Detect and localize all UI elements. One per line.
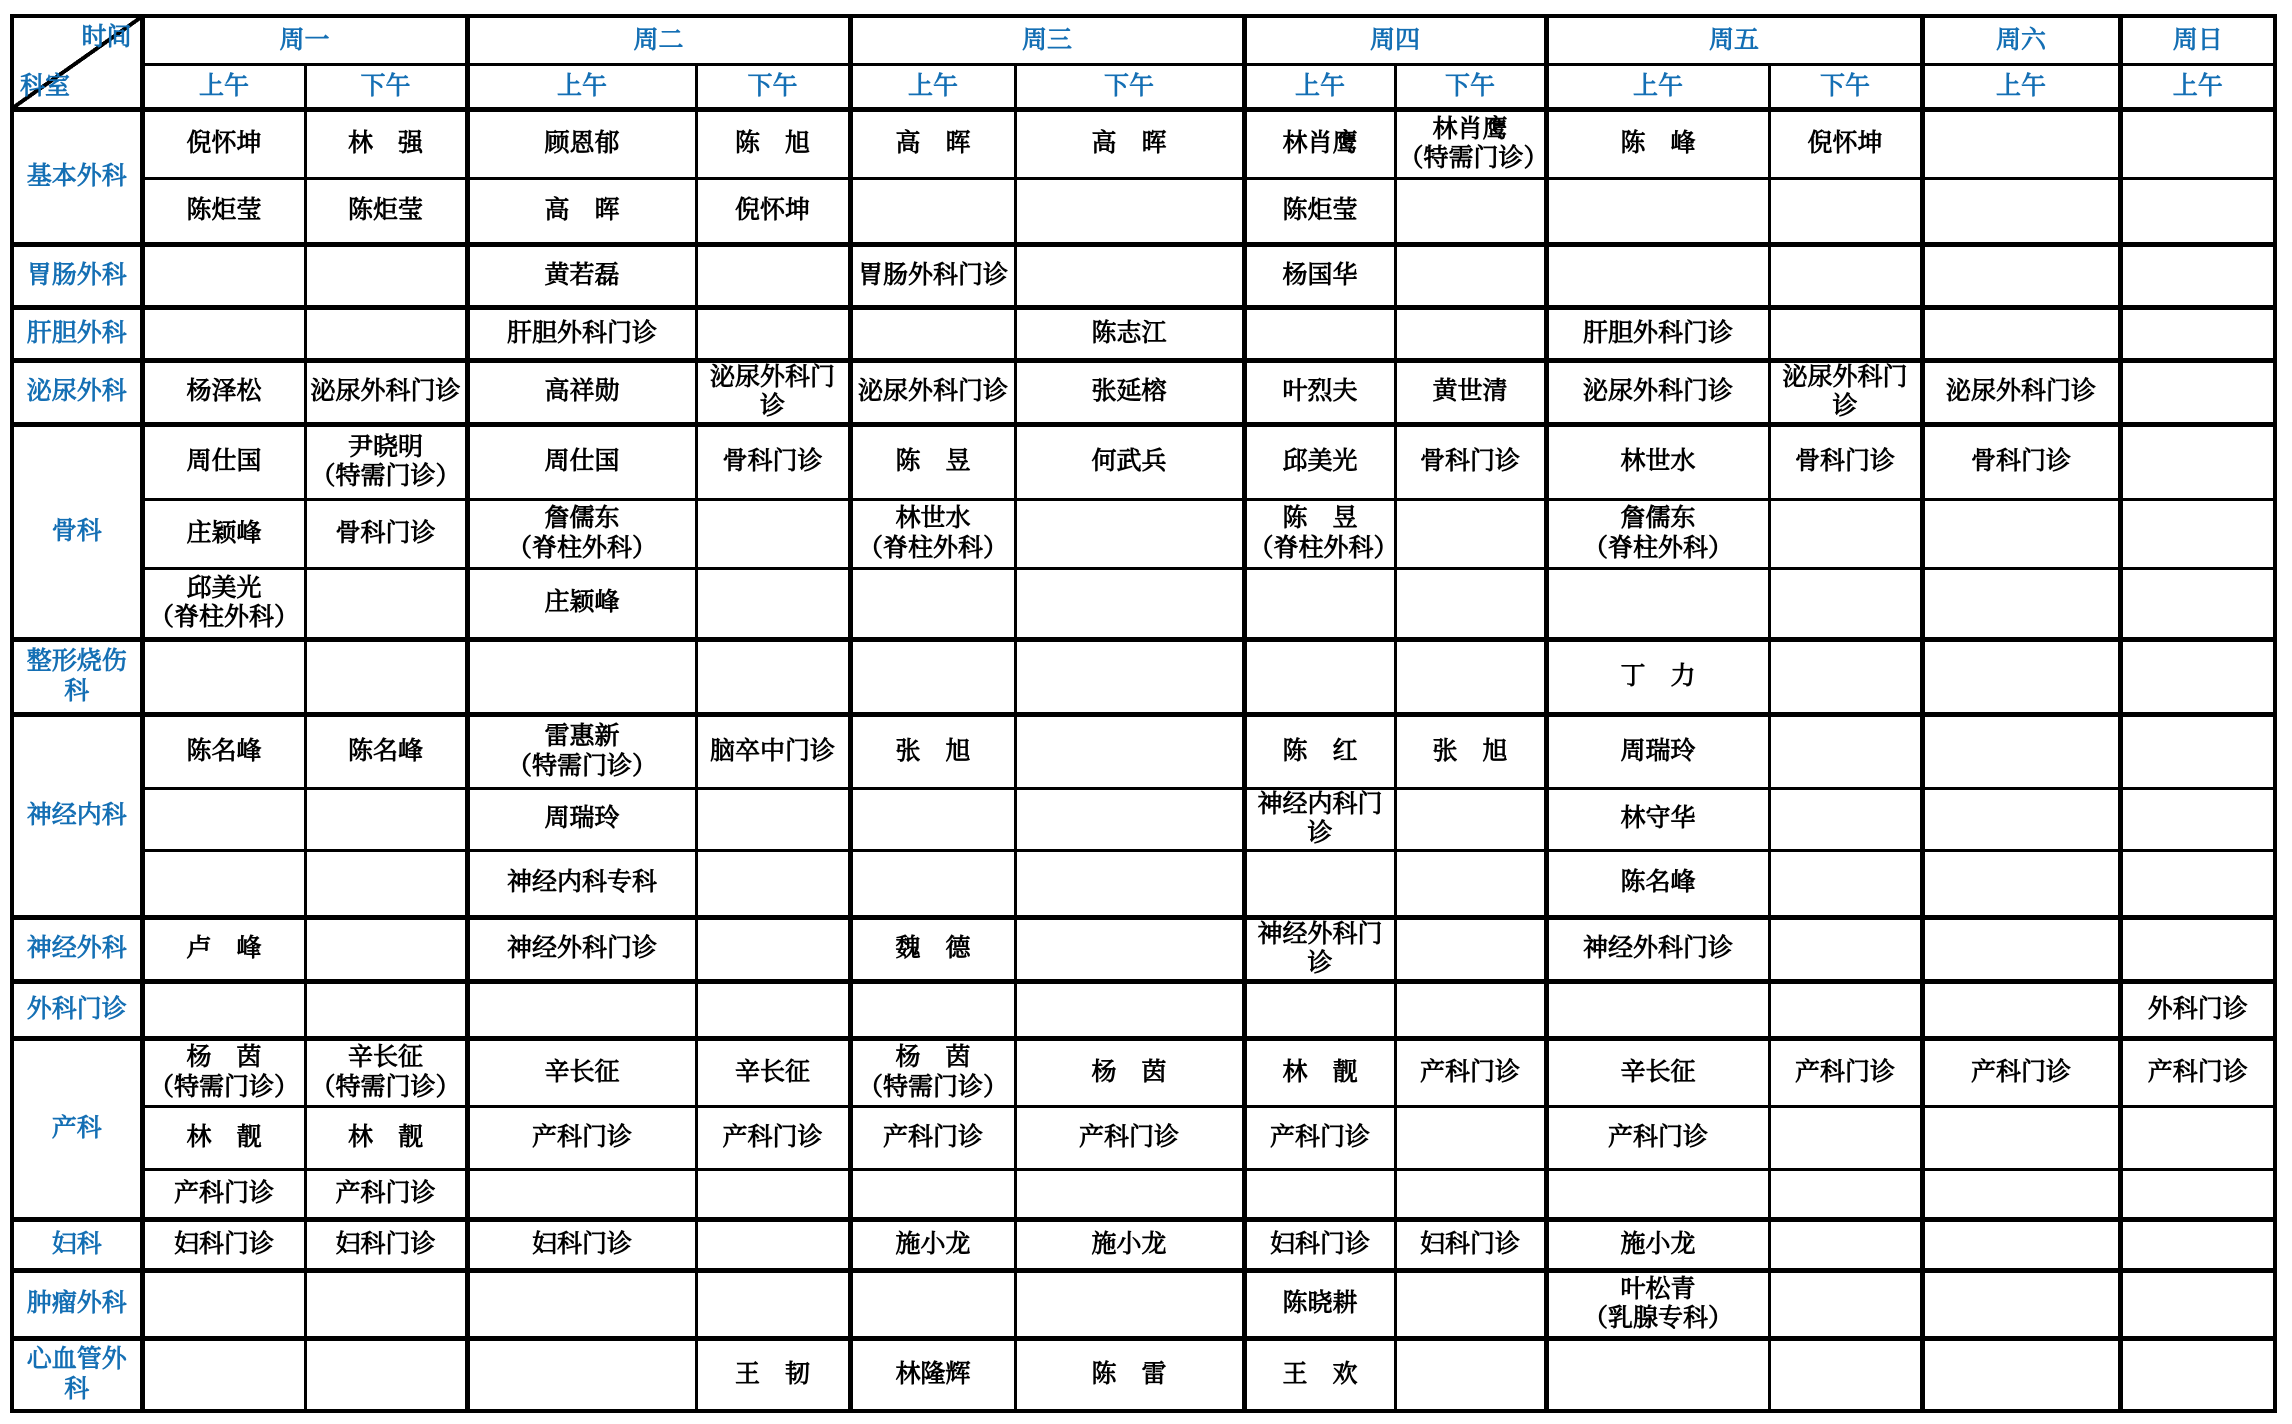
schedule-cell: 周仕国 (467, 424, 696, 499)
session-header: 下午 (1015, 65, 1244, 109)
table-header: 时间 科室 周一周二周三周四周五周六周日 上午下午上午下午上午下午上午下午上午下… (12, 16, 2275, 109)
schedule-cell: 周仕国 (142, 424, 305, 499)
schedule-cell (1922, 1169, 2120, 1219)
schedule-cell: 邱美光 (1244, 424, 1395, 499)
schedule-cell: 妇科门诊 (305, 1219, 467, 1270)
schedule-cell: 雷惠新 （特需门诊） (467, 714, 696, 788)
schedule-cell (305, 639, 467, 714)
schedule-cell: 骨科门诊 (1395, 424, 1546, 499)
schedule-cell (1769, 568, 1922, 639)
schedule-cell (2120, 1219, 2275, 1270)
session-header-row: 上午下午上午下午上午下午上午下午上午下午上午上午 (12, 65, 2275, 109)
schedule-cell: 高祥勋 (467, 360, 696, 424)
department-name: 产科 (12, 1038, 142, 1219)
schedule-cell: 陈名峰 (1546, 850, 1769, 917)
schedule-cell (1244, 850, 1395, 917)
dept-label: 科室 (20, 72, 70, 102)
schedule-cell (1922, 1338, 2120, 1411)
schedule-cell (1395, 1270, 1546, 1338)
schedule-cell: 张延榕 (1015, 360, 1244, 424)
schedule-cell: 林世水 (1546, 424, 1769, 499)
schedule-cell (1546, 1338, 1769, 1411)
schedule-cell: 产科门诊 (1922, 1038, 2120, 1106)
schedule-cell: 胃肠外科门诊 (850, 244, 1015, 307)
schedule-cell (850, 850, 1015, 917)
schedule-cell: 神经外科门诊 (1546, 917, 1769, 981)
schedule-cell (1015, 981, 1244, 1038)
schedule-cell: 泌尿外科门诊 (1546, 360, 1769, 424)
schedule-cell: 陈 昱 (850, 424, 1015, 499)
schedule-cell (467, 1169, 696, 1219)
schedule-cell: 骨科门诊 (696, 424, 850, 499)
schedule-cell (1244, 1169, 1395, 1219)
schedule-cell (1769, 1169, 1922, 1219)
schedule-cell (1395, 178, 1546, 244)
schedule-cell (1244, 981, 1395, 1038)
schedule-cell: 神经内科门诊 (1244, 788, 1395, 850)
schedule-cell: 辛长征 (1546, 1038, 1769, 1106)
schedule-cell: 陈 红 (1244, 714, 1395, 788)
schedule-cell (696, 307, 850, 360)
schedule-cell (696, 981, 850, 1038)
schedule-cell (1015, 1270, 1244, 1338)
schedule-cell (305, 788, 467, 850)
schedule-cell (1015, 788, 1244, 850)
schedule-cell (1922, 244, 2120, 307)
schedule-cell: 产科门诊 (850, 1106, 1015, 1169)
schedule-cell (1922, 568, 2120, 639)
schedule-cell: 泌尿外科门诊 (696, 360, 850, 424)
schedule-cell (1015, 639, 1244, 714)
schedule-cell (850, 178, 1015, 244)
schedule-cell: 产科门诊 (1244, 1106, 1395, 1169)
session-header: 上午 (1546, 65, 1769, 109)
schedule-cell (1395, 568, 1546, 639)
schedule-cell (850, 639, 1015, 714)
schedule-cell (1546, 244, 1769, 307)
schedule-cell (2120, 109, 2275, 178)
schedule-cell (467, 639, 696, 714)
schedule-cell (467, 981, 696, 1038)
schedule-cell: 林守华 (1546, 788, 1769, 850)
schedule-cell (1922, 307, 2120, 360)
department-name: 骨科 (12, 424, 142, 639)
schedule-cell: 詹儒东 （脊柱外科） (467, 499, 696, 568)
schedule-cell (1769, 788, 1922, 850)
schedule-cell (2120, 788, 2275, 850)
session-header: 下午 (696, 65, 850, 109)
department-name: 外科门诊 (12, 981, 142, 1038)
schedule-cell (1922, 499, 2120, 568)
schedule-cell: 周瑞玲 (1546, 714, 1769, 788)
schedule-cell: 庄颖峰 (142, 499, 305, 568)
schedule-cell: 倪怀坤 (142, 109, 305, 178)
schedule-cell: 泌尿外科门诊 (1769, 360, 1922, 424)
schedule-cell (1015, 1169, 1244, 1219)
schedule-cell: 倪怀坤 (696, 178, 850, 244)
schedule-cell (1015, 714, 1244, 788)
department-name: 胃肠外科 (12, 244, 142, 307)
schedule-cell: 神经内科专科 (467, 850, 696, 917)
schedule-cell: 陈晓耕 (1244, 1270, 1395, 1338)
schedule-cell (1546, 981, 1769, 1038)
schedule-cell: 陈名峰 (142, 714, 305, 788)
schedule-cell (142, 1338, 305, 1411)
schedule-cell: 陈 峰 (1546, 109, 1769, 178)
schedule-cell (1769, 499, 1922, 568)
schedule-cell: 神经外科门诊 (1244, 917, 1395, 981)
schedule-cell (1922, 178, 2120, 244)
schedule-cell: 叶烈夫 (1244, 360, 1395, 424)
schedule-cell: 林 靓 (305, 1106, 467, 1169)
schedule-cell: 魏 德 (850, 917, 1015, 981)
schedule-cell: 骨科门诊 (1769, 424, 1922, 499)
session-header: 上午 (1244, 65, 1395, 109)
schedule-cell (1546, 568, 1769, 639)
schedule-cell (2120, 1270, 2275, 1338)
schedule-cell (1395, 639, 1546, 714)
schedule-cell: 陈炬莹 (142, 178, 305, 244)
session-header: 上午 (142, 65, 305, 109)
session-header: 上午 (850, 65, 1015, 109)
schedule-cell: 高 晖 (467, 178, 696, 244)
schedule-cell (1769, 1338, 1922, 1411)
schedule-cell: 黄世清 (1395, 360, 1546, 424)
schedule-cell (1922, 981, 2120, 1038)
schedule-cell (2120, 639, 2275, 714)
schedule-cell (696, 788, 850, 850)
schedule-cell (1769, 850, 1922, 917)
schedule-cell (2120, 178, 2275, 244)
schedule-cell: 施小龙 (1546, 1219, 1769, 1270)
department-name: 整形烧伤 科 (12, 639, 142, 714)
schedule-cell: 辛长征 (696, 1038, 850, 1106)
schedule-cell (696, 639, 850, 714)
schedule-cell (142, 307, 305, 360)
schedule-cell (850, 1169, 1015, 1219)
schedule-cell (1244, 568, 1395, 639)
schedule-cell: 倪怀坤 (1769, 109, 1922, 178)
schedule-cell (1244, 639, 1395, 714)
schedule-cell: 产科门诊 (467, 1106, 696, 1169)
schedule-cell (1015, 178, 1244, 244)
schedule-cell (467, 1338, 696, 1411)
schedule-cell (1395, 1106, 1546, 1169)
schedule-page: 时间 科室 周一周二周三周四周五周六周日 上午下午上午下午上午下午上午下午上午下… (0, 14, 2292, 1424)
schedule-cell: 林世水 （脊柱外科） (850, 499, 1015, 568)
schedule-cell (696, 244, 850, 307)
schedule-cell (1546, 178, 1769, 244)
schedule-cell: 产科门诊 (305, 1169, 467, 1219)
schedule-cell (305, 244, 467, 307)
schedule-cell: 杨 茵 (1015, 1038, 1244, 1106)
schedule-cell: 何武兵 (1015, 424, 1244, 499)
schedule-cell (1769, 639, 1922, 714)
schedule-cell: 产科门诊 (142, 1169, 305, 1219)
schedule-cell: 杨 茵 （特需门诊） (142, 1038, 305, 1106)
schedule-cell (1395, 917, 1546, 981)
schedule-cell (1546, 1169, 1769, 1219)
day-header: 周日 (2120, 16, 2275, 65)
schedule-cell (696, 850, 850, 917)
schedule-cell (850, 568, 1015, 639)
schedule-cell: 辛长征 (467, 1038, 696, 1106)
schedule-cell (1922, 1106, 2120, 1169)
session-header: 下午 (1395, 65, 1546, 109)
schedule-cell (2120, 850, 2275, 917)
schedule-cell (305, 307, 467, 360)
schedule-cell (2120, 714, 2275, 788)
schedule-cell: 林肖鹰 (1244, 109, 1395, 178)
schedule-cell (1395, 788, 1546, 850)
schedule-cell (696, 499, 850, 568)
table-body: 基本外科倪怀坤林 强顾恩郁陈 旭高 晖高 晖林肖鹰林肖鹰 （特需门诊）陈 峰倪怀… (12, 109, 2275, 1411)
schedule-cell: 卢 峰 (142, 917, 305, 981)
schedule-cell: 尹晓明 （特需门诊） (305, 424, 467, 499)
schedule-cell: 施小龙 (1015, 1219, 1244, 1270)
schedule-cell: 林 强 (305, 109, 467, 178)
schedule-cell (1015, 568, 1244, 639)
schedule-cell (305, 1338, 467, 1411)
schedule-cell: 陈名峰 (305, 714, 467, 788)
schedule-cell (142, 639, 305, 714)
schedule-cell (1395, 307, 1546, 360)
day-header: 周四 (1244, 16, 1546, 65)
department-name: 神经外科 (12, 917, 142, 981)
schedule-cell (850, 981, 1015, 1038)
schedule-cell (1922, 1270, 2120, 1338)
corner-header: 时间 科室 (12, 16, 142, 109)
schedule-cell (1015, 850, 1244, 917)
schedule-cell: 詹儒东 （脊柱外科） (1546, 499, 1769, 568)
schedule-cell (1922, 788, 2120, 850)
schedule-cell: 妇科门诊 (142, 1219, 305, 1270)
schedule-cell: 王 欢 (1244, 1338, 1395, 1411)
schedule-cell (1395, 981, 1546, 1038)
day-header: 周五 (1546, 16, 1922, 65)
schedule-cell: 叶松青 （乳腺专科） (1546, 1270, 1769, 1338)
schedule-cell (1395, 850, 1546, 917)
schedule-cell: 王 韧 (696, 1338, 850, 1411)
schedule-cell (1395, 1338, 1546, 1411)
schedule-cell: 产科门诊 (1015, 1106, 1244, 1169)
schedule-cell (1769, 1106, 1922, 1169)
day-header: 周二 (467, 16, 850, 65)
schedule-cell: 高 晖 (850, 109, 1015, 178)
department-name: 妇科 (12, 1219, 142, 1270)
schedule-cell: 黄若磊 (467, 244, 696, 307)
schedule-cell: 高 晖 (1015, 109, 1244, 178)
schedule-cell: 妇科门诊 (1395, 1219, 1546, 1270)
schedule-cell (1922, 850, 2120, 917)
schedule-cell: 产科门诊 (1395, 1038, 1546, 1106)
session-header: 下午 (305, 65, 467, 109)
schedule-cell (1395, 499, 1546, 568)
schedule-cell: 外科门诊 (2120, 981, 2275, 1038)
department-name: 肝胆外科 (12, 307, 142, 360)
schedule-cell (305, 917, 467, 981)
department-name: 基本外科 (12, 109, 142, 244)
schedule-cell (1922, 714, 2120, 788)
schedule-cell (2120, 1338, 2275, 1411)
schedule-cell (850, 1270, 1015, 1338)
department-name: 心血管外 科 (12, 1338, 142, 1411)
schedule-cell: 陈炬莹 (1244, 178, 1395, 244)
schedule-cell (467, 1270, 696, 1338)
schedule-cell: 林隆辉 (850, 1338, 1015, 1411)
schedule-cell (142, 981, 305, 1038)
schedule-cell: 丁 力 (1546, 639, 1769, 714)
schedule-cell: 神经外科门诊 (467, 917, 696, 981)
schedule-cell: 施小龙 (850, 1219, 1015, 1270)
schedule-cell (1922, 917, 2120, 981)
schedule-cell (142, 244, 305, 307)
schedule-cell: 邱美光 （脊柱外科） (142, 568, 305, 639)
schedule-cell (1769, 244, 1922, 307)
schedule-cell (2120, 244, 2275, 307)
schedule-cell: 产科门诊 (1769, 1038, 1922, 1106)
schedule-cell (696, 1219, 850, 1270)
schedule-cell (1769, 307, 1922, 360)
department-name: 神经内科 (12, 714, 142, 917)
schedule-cell: 杨国华 (1244, 244, 1395, 307)
schedule-cell: 陈 雷 (1015, 1338, 1244, 1411)
schedule-cell: 肝胆外科门诊 (1546, 307, 1769, 360)
schedule-cell: 脑卒中门诊 (696, 714, 850, 788)
duty-schedule-table: 时间 科室 周一周二周三周四周五周六周日 上午下午上午下午上午下午上午下午上午下… (10, 14, 2277, 1413)
schedule-cell: 产科门诊 (2120, 1038, 2275, 1106)
day-header: 周一 (142, 16, 467, 65)
schedule-cell (1015, 917, 1244, 981)
schedule-cell (2120, 917, 2275, 981)
day-header: 周三 (850, 16, 1244, 65)
schedule-cell (305, 981, 467, 1038)
schedule-cell (850, 788, 1015, 850)
schedule-cell (142, 850, 305, 917)
schedule-cell: 泌尿外科门诊 (305, 360, 467, 424)
schedule-cell (850, 307, 1015, 360)
schedule-cell: 周瑞玲 (467, 788, 696, 850)
schedule-cell: 陈炬莹 (305, 178, 467, 244)
schedule-cell (2120, 424, 2275, 499)
schedule-cell: 泌尿外科门诊 (850, 360, 1015, 424)
schedule-cell: 杨 茵 （特需门诊） (850, 1038, 1015, 1106)
schedule-cell (1395, 244, 1546, 307)
schedule-cell: 骨科门诊 (305, 499, 467, 568)
schedule-cell: 妇科门诊 (467, 1219, 696, 1270)
schedule-cell (1769, 1270, 1922, 1338)
schedule-cell (696, 917, 850, 981)
schedule-cell (2120, 568, 2275, 639)
schedule-cell: 张 旭 (1395, 714, 1546, 788)
schedule-cell (1769, 981, 1922, 1038)
schedule-cell (1015, 499, 1244, 568)
schedule-cell (142, 788, 305, 850)
schedule-cell (696, 1169, 850, 1219)
schedule-cell: 妇科门诊 (1244, 1219, 1395, 1270)
schedule-cell: 林 靓 (142, 1106, 305, 1169)
schedule-cell (1769, 178, 1922, 244)
schedule-cell: 陈 昱 （脊柱外科） (1244, 499, 1395, 568)
schedule-cell: 辛长征 （特需门诊） (305, 1038, 467, 1106)
schedule-cell (1922, 1219, 2120, 1270)
schedule-cell (2120, 1106, 2275, 1169)
day-header: 周六 (1922, 16, 2120, 65)
schedule-cell: 杨泽松 (142, 360, 305, 424)
schedule-cell: 顾恩郁 (467, 109, 696, 178)
schedule-cell (1244, 307, 1395, 360)
schedule-cell: 陈志江 (1015, 307, 1244, 360)
schedule-cell: 产科门诊 (696, 1106, 850, 1169)
schedule-cell: 庄颖峰 (467, 568, 696, 639)
schedule-cell (1922, 109, 2120, 178)
schedule-cell: 张 旭 (850, 714, 1015, 788)
schedule-cell: 林 靓 (1244, 1038, 1395, 1106)
schedule-cell (696, 568, 850, 639)
session-header: 上午 (2120, 65, 2275, 109)
schedule-cell: 林肖鹰 （特需门诊） (1395, 109, 1546, 178)
schedule-cell (696, 1270, 850, 1338)
schedule-cell: 产科门诊 (1546, 1106, 1769, 1169)
schedule-cell (1769, 714, 1922, 788)
schedule-cell (2120, 307, 2275, 360)
schedule-cell: 泌尿外科门诊 (1922, 360, 2120, 424)
time-label: 时间 (81, 23, 131, 53)
schedule-cell: 骨科门诊 (1922, 424, 2120, 499)
schedule-cell (305, 568, 467, 639)
schedule-cell (1922, 639, 2120, 714)
department-name: 泌尿外科 (12, 360, 142, 424)
schedule-cell (1395, 1169, 1546, 1219)
schedule-cell (305, 1270, 467, 1338)
department-name: 肿瘤外科 (12, 1270, 142, 1338)
schedule-cell (2120, 360, 2275, 424)
schedule-cell: 肝胆外科门诊 (467, 307, 696, 360)
session-header: 上午 (1922, 65, 2120, 109)
session-header: 下午 (1769, 65, 1922, 109)
schedule-cell (1769, 1219, 1922, 1270)
schedule-cell (305, 850, 467, 917)
schedule-cell: 陈 旭 (696, 109, 850, 178)
schedule-cell (2120, 499, 2275, 568)
schedule-cell (142, 1270, 305, 1338)
schedule-cell (1769, 917, 1922, 981)
session-header: 上午 (467, 65, 696, 109)
schedule-cell (2120, 1169, 2275, 1219)
day-header-row: 时间 科室 周一周二周三周四周五周六周日 (12, 16, 2275, 65)
schedule-cell (1015, 244, 1244, 307)
